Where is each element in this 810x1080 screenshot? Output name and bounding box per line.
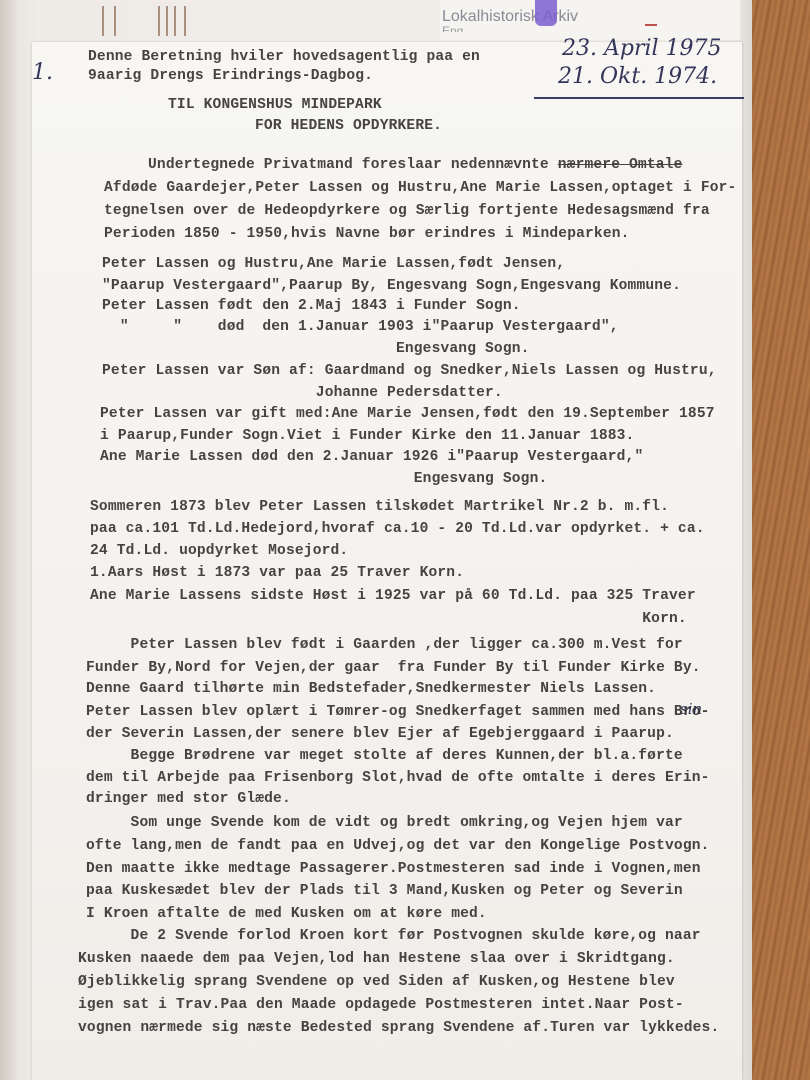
proposal-line: tegnelsen over de Hedeopdyrkere og Særli…: [104, 203, 710, 219]
fact-line: " " død den 1.Januar 1903 i"Paarup Veste…: [102, 319, 619, 335]
story-line: Den maatte ikke medtage Passagerer.Postm…: [86, 861, 701, 877]
land-line: Korn.: [90, 611, 687, 627]
fact-line: Peter Lassen født den 2.Maj 1843 i Funde…: [102, 298, 521, 314]
story-line: der Severin Lassen,der senere blev Ejer …: [86, 726, 674, 742]
story-line: De 2 Svende forlod Kroen kort før Postvo…: [86, 928, 701, 944]
fact-line: Peter Lassen var Søn af: Gaardmand og Sn…: [102, 363, 717, 379]
margin-number: 1.: [32, 60, 53, 85]
land-line: 24 Td.Ld. uopdyrket Mosejord.: [90, 543, 348, 559]
handwritten-date-2: 21. Okt. 1974.: [558, 64, 717, 89]
rust-marks: [100, 6, 190, 40]
handwritten-underline: [534, 97, 744, 99]
story-line: Peter Lassen blev født i Gaarden ,der li…: [86, 637, 683, 653]
struck-text: nærmere Omtale: [558, 157, 683, 173]
land-line: Sommeren 1873 blev Peter Lassen tilskøde…: [90, 499, 669, 515]
story-line: Øjeblikkelig sprang Svendene op ved Side…: [78, 974, 675, 990]
fact-line: Engesvang Sogn.: [102, 471, 547, 487]
story-line: dem til Arbejde paa Frisenborg Slot,hvad…: [86, 770, 710, 786]
document-title: TIL KONGENSHUS MINDEPARK: [168, 97, 382, 113]
fact-line: Johanne Pedersdatter.: [102, 385, 503, 401]
story-line: I Kroen aftalte de med Kusken om at køre…: [86, 906, 487, 922]
story-line: vognen nærmede sig næste Bedested sprang…: [78, 1020, 719, 1036]
story-line: Denne Gaard tilhørte min Bedstefader,Sne…: [86, 681, 656, 697]
story-line: Begge Brødrene var meget stolte af deres…: [86, 748, 683, 764]
land-line: Ane Marie Lassens sidste Høst i 1925 var…: [90, 588, 696, 604]
fact-line: i Paarup,Funder Sogn.Viet i Funder Kirke…: [100, 428, 634, 444]
story-line: igen sat i Trav.Paa den Maade opdagede P…: [78, 997, 684, 1013]
proposal-line: Perioden 1850 - 1950,hvis Navne bør erin…: [104, 226, 630, 242]
story-line: dringer med stor Glæde.: [86, 791, 291, 807]
red-mark: [645, 24, 657, 26]
story-line: Peter Lassen blev oplært i Tømrer-og Sne…: [86, 704, 710, 720]
paper-clip-icon: [535, 0, 557, 26]
handwritten-date-1: 23. April 1975: [562, 36, 722, 61]
proposal-line: Afdøde Gaardejer,Peter Lassen og Hustru,…: [104, 180, 736, 196]
fact-line: Ane Marie Lassen død den 2.Januar 1926 i…: [100, 449, 643, 465]
intro-line: 9aarig Drengs Erindrings-Dagbog.: [88, 68, 373, 84]
document-title: FOR HEDENS OPDYRKERE.: [255, 118, 442, 134]
land-line: paa ca.101 Td.Ld.Hedejord,hvoraf ca.10 -…: [90, 521, 705, 537]
story-line: Funder By,Nord for Vejen,der gaar fra Fu…: [86, 660, 701, 676]
proposal-line: Undertegnede Privatmand foreslaar nedenn…: [148, 157, 682, 173]
story-line: paa Kuskesædet blev der Plads til 3 Mand…: [86, 883, 683, 899]
story-line: Som unge Svende kom de vidt og bredt omk…: [86, 815, 683, 831]
sheet-edge: [0, 0, 18, 1080]
archive-sublabel: Eng: [442, 24, 463, 32]
story-line: ofte lang,men de fandt paa en Udvej,og d…: [86, 838, 710, 854]
fact-line: Peter Lassen og Hustru,Ane Marie Lassen,…: [102, 256, 565, 272]
land-line: 1.Aars Høst i 1873 var paa 25 Traver Kor…: [90, 565, 464, 581]
fact-line: Engesvang Sogn.: [102, 341, 530, 357]
wooden-table: [752, 0, 810, 1080]
typed-document-page: [32, 42, 742, 1080]
intro-line: Denne Beretning hviler hovedsagentlig pa…: [88, 49, 480, 65]
fact-line: Peter Lassen var gift med:Ane Marie Jens…: [100, 406, 715, 422]
fact-line: "Paarup Vestergaard",Paarup By, Engesvan…: [102, 278, 681, 294]
story-line: Kusken naaede dem paa Vejen,lod han Hest…: [78, 951, 675, 967]
